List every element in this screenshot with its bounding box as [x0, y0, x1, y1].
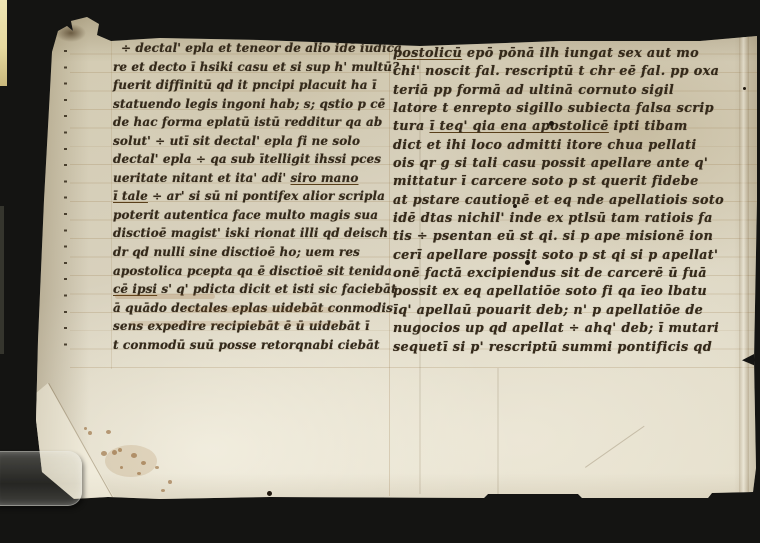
- manuscript-text-line: ueritate nitant et ita' adi' siro mano: [113, 169, 391, 188]
- manuscript-text-line: ī tale ÷ ar' si sū ni pontifex alior scr…: [113, 187, 391, 206]
- manuscript-text-line: at pstare cautionē et eq nde apellatiois…: [393, 192, 757, 210]
- rust-streak: [115, 294, 215, 299]
- rust-streak: [185, 307, 335, 312]
- manuscript-text-line: dr qd nulli sine disctioē ho; uem res: [113, 243, 391, 262]
- stain-dot: [101, 451, 107, 456]
- manuscript-text-line: ÷ dectal' epla et teneor de alio idē iud…: [113, 39, 391, 58]
- stain-dot: [131, 453, 137, 458]
- corner-tear-stain: [56, 24, 86, 42]
- manuscript-text-line: t conmodū suū posse retorqnabi ciebāt: [113, 336, 391, 355]
- manuscript-text-line: dict et ihi loco admitti itore chua pell…: [393, 137, 757, 155]
- manuscript-text-line: de hac forma eplatū istū redditur qa ab: [113, 113, 391, 132]
- glass-page-weight: [0, 451, 82, 506]
- text-column-right: postolicū epō pōnā ilh iungat sex aut mo…: [393, 45, 757, 357]
- manuscript-text-line: poterit autentica face multo magis sua: [113, 206, 391, 225]
- manuscript-text-line: chi' noscit fal. rescriptū t chr eē fal.…: [393, 63, 757, 81]
- manuscript-text-line: sequetī si p' rescriptū summi pontificis…: [393, 339, 757, 357]
- manuscript-text-line: apostolica pcepta qa ē disctioē sit teni…: [113, 262, 391, 281]
- manuscript-text-line: latore t enrepto sigillo subiecta falsa …: [393, 100, 757, 118]
- stain-dot: [141, 461, 146, 465]
- photograph-of-manuscript: ÷ dectal' epla et teneor de alio idē iud…: [0, 0, 760, 543]
- mat-edge-strip-mid: [0, 206, 4, 354]
- ink-blob: [549, 121, 554, 126]
- manuscript-text-line: disctioē magist' iski rionat illi qd dei…: [113, 224, 391, 243]
- manuscript-text-line: cerī apellare possit soto p st qi si p a…: [393, 247, 757, 265]
- manuscript-text-line: dectal' epla ÷ qa sub ītelligit ihssi pc…: [113, 150, 391, 169]
- vertical-crease: [497, 368, 499, 496]
- edge-shading-bottom: [0, 473, 760, 501]
- manuscript-text-line: īq' apellaū pouarit deb; n' p apellatiōe…: [393, 302, 757, 320]
- manuscript-text-line: re et decto ī hsiki casu et si sup h' mu…: [113, 58, 391, 77]
- ink-blob: [525, 260, 530, 265]
- rust-streak: [130, 321, 340, 326]
- stain-dot: [88, 431, 92, 435]
- manuscript-text-line: possit ex eq apellatiōe soto fi qa īeo l…: [393, 283, 757, 301]
- stain-dot: [161, 489, 165, 492]
- manuscript-text-line: postolicū epō pōnā ilh iungat sex aut mo: [393, 45, 757, 63]
- stain-dot: [112, 450, 117, 455]
- stain-dot: [106, 430, 111, 434]
- manuscript-text-line: ois qr g si tali casu possit apellare an…: [393, 155, 757, 173]
- mat-edge-strip-top: [0, 0, 7, 86]
- parchment-leaf: ÷ dectal' epla et teneor de alio idē iud…: [0, 0, 760, 543]
- ink-blob: [743, 87, 746, 90]
- manuscript-text-line: nugocios up qd apellat ÷ ahq' deb; ī mut…: [393, 320, 757, 338]
- manuscript-text-line: sens expedire recipiebāt ē ū uidebāt ī: [113, 317, 391, 336]
- stain-dot: [137, 472, 141, 475]
- stain-dot: [118, 448, 122, 452]
- manuscript-text-line: tis ÷ psentan eū st qi. si p ape misionē…: [393, 228, 757, 246]
- manuscript-text-line: fuerit diffinitū qd it pncipi placuit ha…: [113, 76, 391, 95]
- manuscript-text-line: onē factā excipiendus sit de carcerē ū f…: [393, 265, 757, 283]
- scratch-mark: [585, 426, 645, 468]
- ink-blob: [267, 491, 272, 496]
- manuscript-text-line: teriā pp formā ad ultinā cornuto sigil: [393, 82, 757, 100]
- manuscript-text-line: statuendo legis ingoni hab; s; qstio p c…: [113, 95, 391, 114]
- ink-blob: [513, 204, 517, 208]
- stain-dot: [84, 427, 87, 430]
- stain-dot: [168, 480, 172, 484]
- manuscript-text-line: tura ī teq' qia ena apostolicē ipti tiba…: [393, 118, 757, 136]
- manuscript-text-line: mittatur ī carcere soto p st querit fide…: [393, 173, 757, 191]
- stain-dot: [155, 466, 159, 469]
- vertical-ruling-left: [111, 37, 112, 369]
- manuscript-text-line: solut' ÷ utī sit dectal' epla fi ne solo: [113, 132, 391, 151]
- pricking-marks: [64, 50, 67, 353]
- manuscript-text-line: idē dtas nichil' inde ex ptlsū tam ratio…: [393, 210, 757, 228]
- stain-dot: [120, 466, 123, 469]
